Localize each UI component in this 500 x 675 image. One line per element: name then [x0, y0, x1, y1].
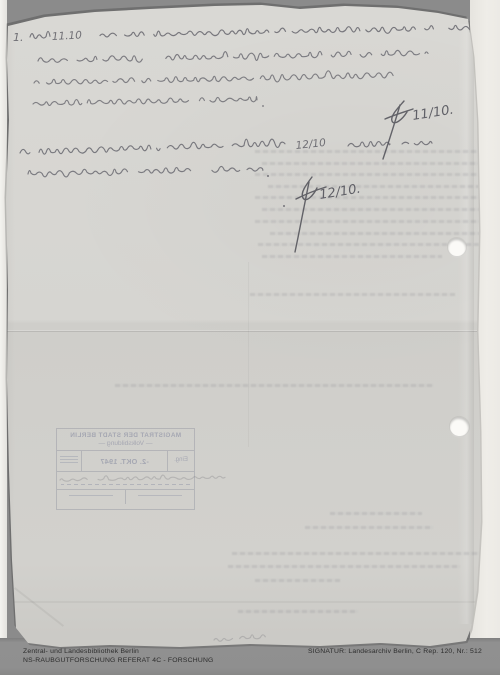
signature-paraph-1: [383, 101, 413, 159]
handwritten-line-6: [33, 97, 257, 106]
stamp-date: -2. OKT. 1947: [82, 451, 167, 471]
footer-department: NS-RAUBGUTFORSCHUNG REFERAT 4C - FORSCHU…: [23, 657, 214, 666]
signature-date-2: 12/10.: [318, 182, 361, 203]
handwritten-line-1: [30, 31, 50, 38]
signature-paraph-2: [295, 177, 326, 252]
stamp-authority-line: MAGISTRAT DER STADT BERLIN: [58, 432, 193, 440]
stamp-department-line: — Volksbildung —: [58, 440, 193, 448]
punctuation-dots: [262, 105, 285, 207]
handwritten-line-9: [402, 142, 432, 145]
receipt-stamp-mirrored: MAGISTRAT DER STADT BERLIN — Volksbildun…: [56, 428, 195, 510]
handwriting-layer: 1. 11.10 11/10. 12/10 12/10.: [0, 0, 500, 655]
footer-signatur: SIGNATUR: Landesarchiv Berlin, C Rep. 12…: [308, 648, 482, 655]
handwritten-line-2: [100, 24, 488, 37]
handwritten-line-4: [38, 50, 428, 62]
stamp-side-cell: [57, 451, 82, 471]
handwritten-item-number: 1.: [13, 31, 24, 44]
paper-sheet: 1. 11.10 11/10. 12/10 12/10.: [0, 0, 500, 655]
handwritten-date-1110: 11.10: [52, 29, 83, 43]
handwritten-line-8: [348, 142, 390, 147]
stamp-eing-label: Eing.: [167, 451, 194, 471]
handwritten-line-7: [20, 139, 292, 154]
stamp-header: MAGISTRAT DER STADT BERLIN — Volksbildun…: [57, 429, 194, 451]
handwritten-line-12: [214, 635, 274, 641]
stamp-reference-line: [57, 472, 194, 490]
stamp-signature-cells: [57, 490, 194, 504]
handwritten-line-10: [28, 166, 263, 177]
handwritten-date-1210: 12/10: [295, 137, 327, 152]
signature-date-1: 11/10.: [411, 103, 454, 124]
footer-institution: Zentral- und Landesbibliothek Berlin: [23, 648, 214, 657]
handwritten-line-5: [34, 71, 401, 84]
scanned-document-page: 1. 11.10 11/10. 12/10 12/10.: [0, 0, 500, 675]
hole-punch-top: [448, 238, 466, 256]
scanner-edge-left: [0, 0, 7, 640]
